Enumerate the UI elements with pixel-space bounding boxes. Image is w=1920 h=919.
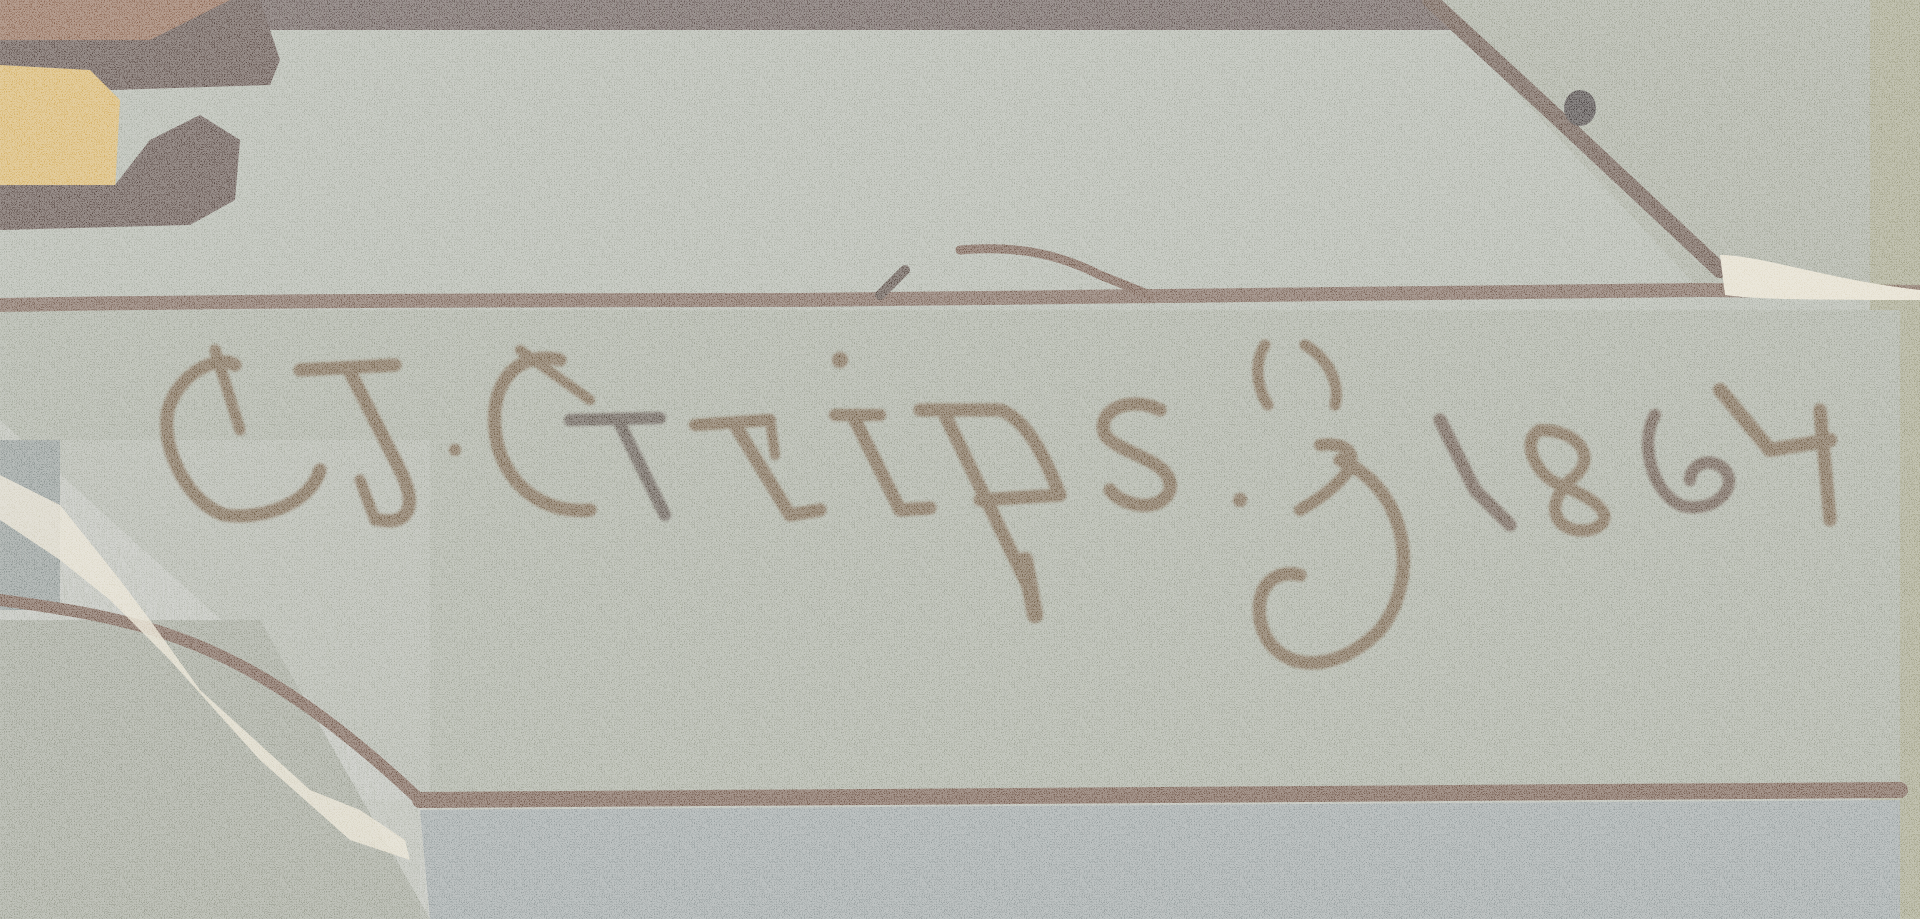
painting-closeup: [0, 0, 1920, 919]
painting-canvas: [0, 0, 1920, 919]
dust-specks: [0, 0, 1920, 919]
